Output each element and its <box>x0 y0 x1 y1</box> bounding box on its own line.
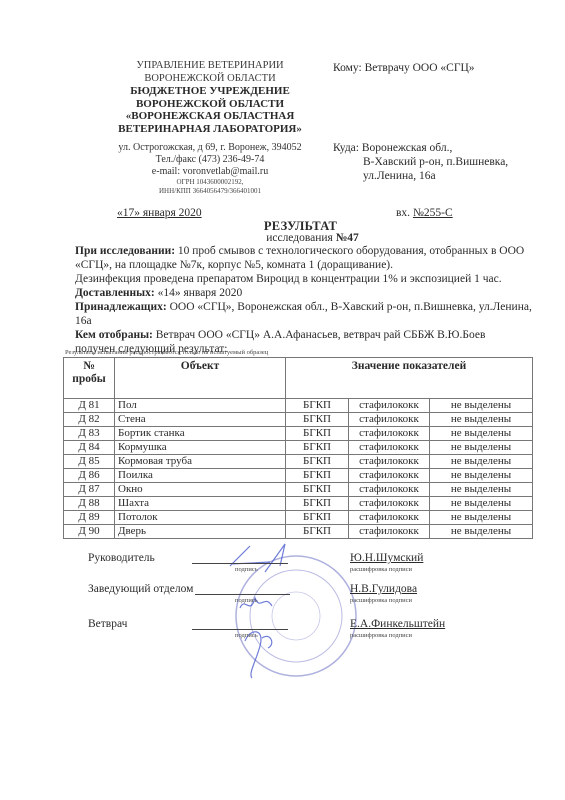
sample-number-cell: Д 86 <box>64 469 115 483</box>
recipient-address-line: Куда: Воронежская обл., <box>333 141 508 155</box>
signer-role: Ветврач <box>88 618 127 630</box>
result-cell: не выделены <box>430 469 533 483</box>
object-cell: Поилка <box>115 469 286 483</box>
table-row: Д 86ПоилкаБГКПстафилококкне выделены <box>64 469 533 483</box>
signer-name-caption: расшифровка подписи <box>350 632 412 639</box>
org-line: «ВОРОНЕЖСКАЯ ОБЛАСТНАЯ <box>100 110 320 123</box>
study-paragraph: При исследовании: 10 проб смывов с техно… <box>75 244 545 272</box>
owner-paragraph: Принадлежащих: ООО «СГЦ», Воронежская об… <box>75 300 545 328</box>
object-cell: Стена <box>115 413 286 427</box>
study-label: При исследовании: <box>75 245 175 257</box>
organism-cell: стафилококк <box>349 441 430 455</box>
sample-number-cell: Д 90 <box>64 525 115 539</box>
organization-contacts: ул. Острогожская, д 69, г. Воронеж, 3940… <box>100 142 320 196</box>
document-subtitle: исследования №47 <box>0 232 565 244</box>
organism-cell: стафилококк <box>349 427 430 441</box>
recipient-address: Куда: Воронежская обл., В-Хавский р-он, … <box>333 141 508 183</box>
owner-label: Принадлежащих: <box>75 301 167 313</box>
recipient-address-line: В-Хавский р-он, п.Вишневка, <box>333 155 508 169</box>
object-cell: Пол <box>115 399 286 413</box>
results-note: Результаты испытаний распространяются то… <box>65 349 268 356</box>
sample-number-cell: Д 88 <box>64 497 115 511</box>
organism-cell: стафилококк <box>349 497 430 511</box>
sample-number-cell: Д 82 <box>64 413 115 427</box>
recipient-address-line: ул.Ленина, 16а <box>333 169 508 183</box>
table-row: Д 89ПотолокБГКПстафилококкне выделены <box>64 511 533 525</box>
table-row: Д 85Кормовая трубаБГКПстафилококкне выде… <box>64 455 533 469</box>
result-cell: не выделены <box>430 511 533 525</box>
test-cell: БГКП <box>286 511 349 525</box>
sample-number-cell: Д 85 <box>64 455 115 469</box>
result-cell: не выделены <box>430 441 533 455</box>
subtitle-prefix: исследования <box>266 232 336 244</box>
test-cell: БГКП <box>286 441 349 455</box>
result-cell: не выделены <box>430 497 533 511</box>
organism-cell: стафилококк <box>349 399 430 413</box>
header-sample-number: № пробы <box>64 358 115 399</box>
sampled-label: Кем отобраны: <box>75 329 153 341</box>
object-cell: Потолок <box>115 511 286 525</box>
signature-line <box>192 563 288 564</box>
signature-line <box>195 594 290 595</box>
org-line: УПРАВЛЕНИЕ ВЕТЕРИНАРИИ <box>100 60 320 73</box>
incoming-prefix: вх. <box>396 207 413 219</box>
result-cell: не выделены <box>430 525 533 539</box>
delivered-text: «14» января 2020 <box>155 287 243 299</box>
organism-cell: стафилококк <box>349 525 430 539</box>
org-line: БЮДЖЕТНОЕ УЧРЕЖДЕНИЕ <box>100 85 320 98</box>
organism-cell: стафилококк <box>349 511 430 525</box>
test-cell: БГКП <box>286 399 349 413</box>
test-cell: БГКП <box>286 469 349 483</box>
object-cell: Кормовая труба <box>115 455 286 469</box>
sample-number-cell: Д 89 <box>64 511 115 525</box>
signer-name: Е.А.Финкельштейн <box>350 618 445 630</box>
result-cell: не выделены <box>430 427 533 441</box>
table-header-row: № пробы Объект Значение показателей <box>64 358 533 399</box>
sample-number-cell: Д 81 <box>64 399 115 413</box>
organism-cell: стафилококк <box>349 469 430 483</box>
org-phone: Тел./факс (473) 236-49-74 <box>100 154 320 166</box>
sampled-paragraph: Кем отобраны: Ветврач ООО «СГЦ» А.А.Афан… <box>75 328 545 342</box>
result-cell: не выделены <box>430 455 533 469</box>
organism-cell: стафилококк <box>349 455 430 469</box>
test-cell: БГКП <box>286 413 349 427</box>
object-cell: Кормушка <box>115 441 286 455</box>
study-number: №47 <box>336 232 359 244</box>
table-row: Д 83Бортик станкаБГКПстафилококкне выдел… <box>64 427 533 441</box>
delivered-paragraph: Доставленных: «14» января 2020 <box>75 286 545 300</box>
incoming-number-value: №255-С <box>413 207 453 219</box>
object-cell: Бортик станка <box>115 427 286 441</box>
table-row: Д 81ПолБГКПстафилококкне выделены <box>64 399 533 413</box>
organism-cell: стафилококк <box>349 413 430 427</box>
signature-caption: подпись <box>235 597 258 604</box>
sample-number-cell: Д 84 <box>64 441 115 455</box>
test-cell: БГКП <box>286 455 349 469</box>
org-line: ВЕТЕРИНАРНАЯ ЛАБОРАТОРИЯ» <box>100 123 320 136</box>
results-table: № пробы Объект Значение показателей Д 81… <box>63 357 533 539</box>
organization-header: УПРАВЛЕНИЕ ВЕТЕРИНАРИИ ВОРОНЕЖСКОЙ ОБЛАС… <box>100 60 320 135</box>
org-address: ул. Острогожская, д 69, г. Воронеж, 3940… <box>100 142 320 154</box>
signer-name-caption: расшифровка подписи <box>350 566 412 573</box>
org-line: ВОРОНЕЖСКОЙ ОБЛАСТИ <box>100 98 320 111</box>
delivered-label: Доставленных: <box>75 287 155 299</box>
table-row: Д 84КормушкаБГКПстафилококкне выделены <box>64 441 533 455</box>
signer-name: Ю.Н.Шумский <box>350 552 423 564</box>
org-ogrn: ОГРН 1043600002192, <box>100 178 320 187</box>
organism-cell: стафилококк <box>349 483 430 497</box>
document-body: При исследовании: 10 проб смывов с техно… <box>75 244 545 356</box>
sampled-text: Ветврач ООО «СГЦ» А.А.Афанасьев, ветврач… <box>153 329 486 341</box>
signer-role: Заведующий отделом <box>88 583 193 595</box>
signer-name: Н.В.Гулидова <box>350 583 417 595</box>
sample-number-cell: Д 83 <box>64 427 115 441</box>
incoming-number: вх. №255-С <box>396 207 453 219</box>
disinfection-text: Дезинфекция проведена препаратом Вироцид… <box>75 272 545 286</box>
recipient-to: Кому: Ветврачу ООО «СГЦ» <box>333 62 475 74</box>
test-cell: БГКП <box>286 483 349 497</box>
document-date: «17» января 2020 <box>117 207 202 219</box>
table-row: Д 88ШахтаБГКПстафилококкне выделены <box>64 497 533 511</box>
object-cell: Шахта <box>115 497 286 511</box>
sample-number-cell: Д 87 <box>64 483 115 497</box>
header-object: Объект <box>115 358 286 399</box>
org-email: e-mail: voronvetlab@mail.ru <box>100 166 320 178</box>
result-cell: не выделены <box>430 399 533 413</box>
header-values: Значение показателей <box>286 358 533 399</box>
test-cell: БГКП <box>286 427 349 441</box>
signer-name-caption: расшифровка подписи <box>350 597 412 604</box>
result-cell: не выделены <box>430 483 533 497</box>
test-cell: БГКП <box>286 497 349 511</box>
signature-line <box>192 629 288 630</box>
object-cell: Окно <box>115 483 286 497</box>
org-line: ВОРОНЕЖСКОЙ ОБЛАСТИ <box>100 73 320 86</box>
signature-scribbles-icon <box>210 536 330 686</box>
signature-caption: подпись <box>235 632 258 639</box>
table-row: Д 87ОкноБГКПстафилококкне выделены <box>64 483 533 497</box>
signature-caption: подпись <box>235 566 258 573</box>
table-row: Д 82СтенаБГКПстафилококкне выделены <box>64 413 533 427</box>
result-cell: не выделены <box>430 413 533 427</box>
signer-role: Руководитель <box>88 552 155 564</box>
org-inn: ИНН/КПП 3664056479/366401001 <box>100 187 320 196</box>
